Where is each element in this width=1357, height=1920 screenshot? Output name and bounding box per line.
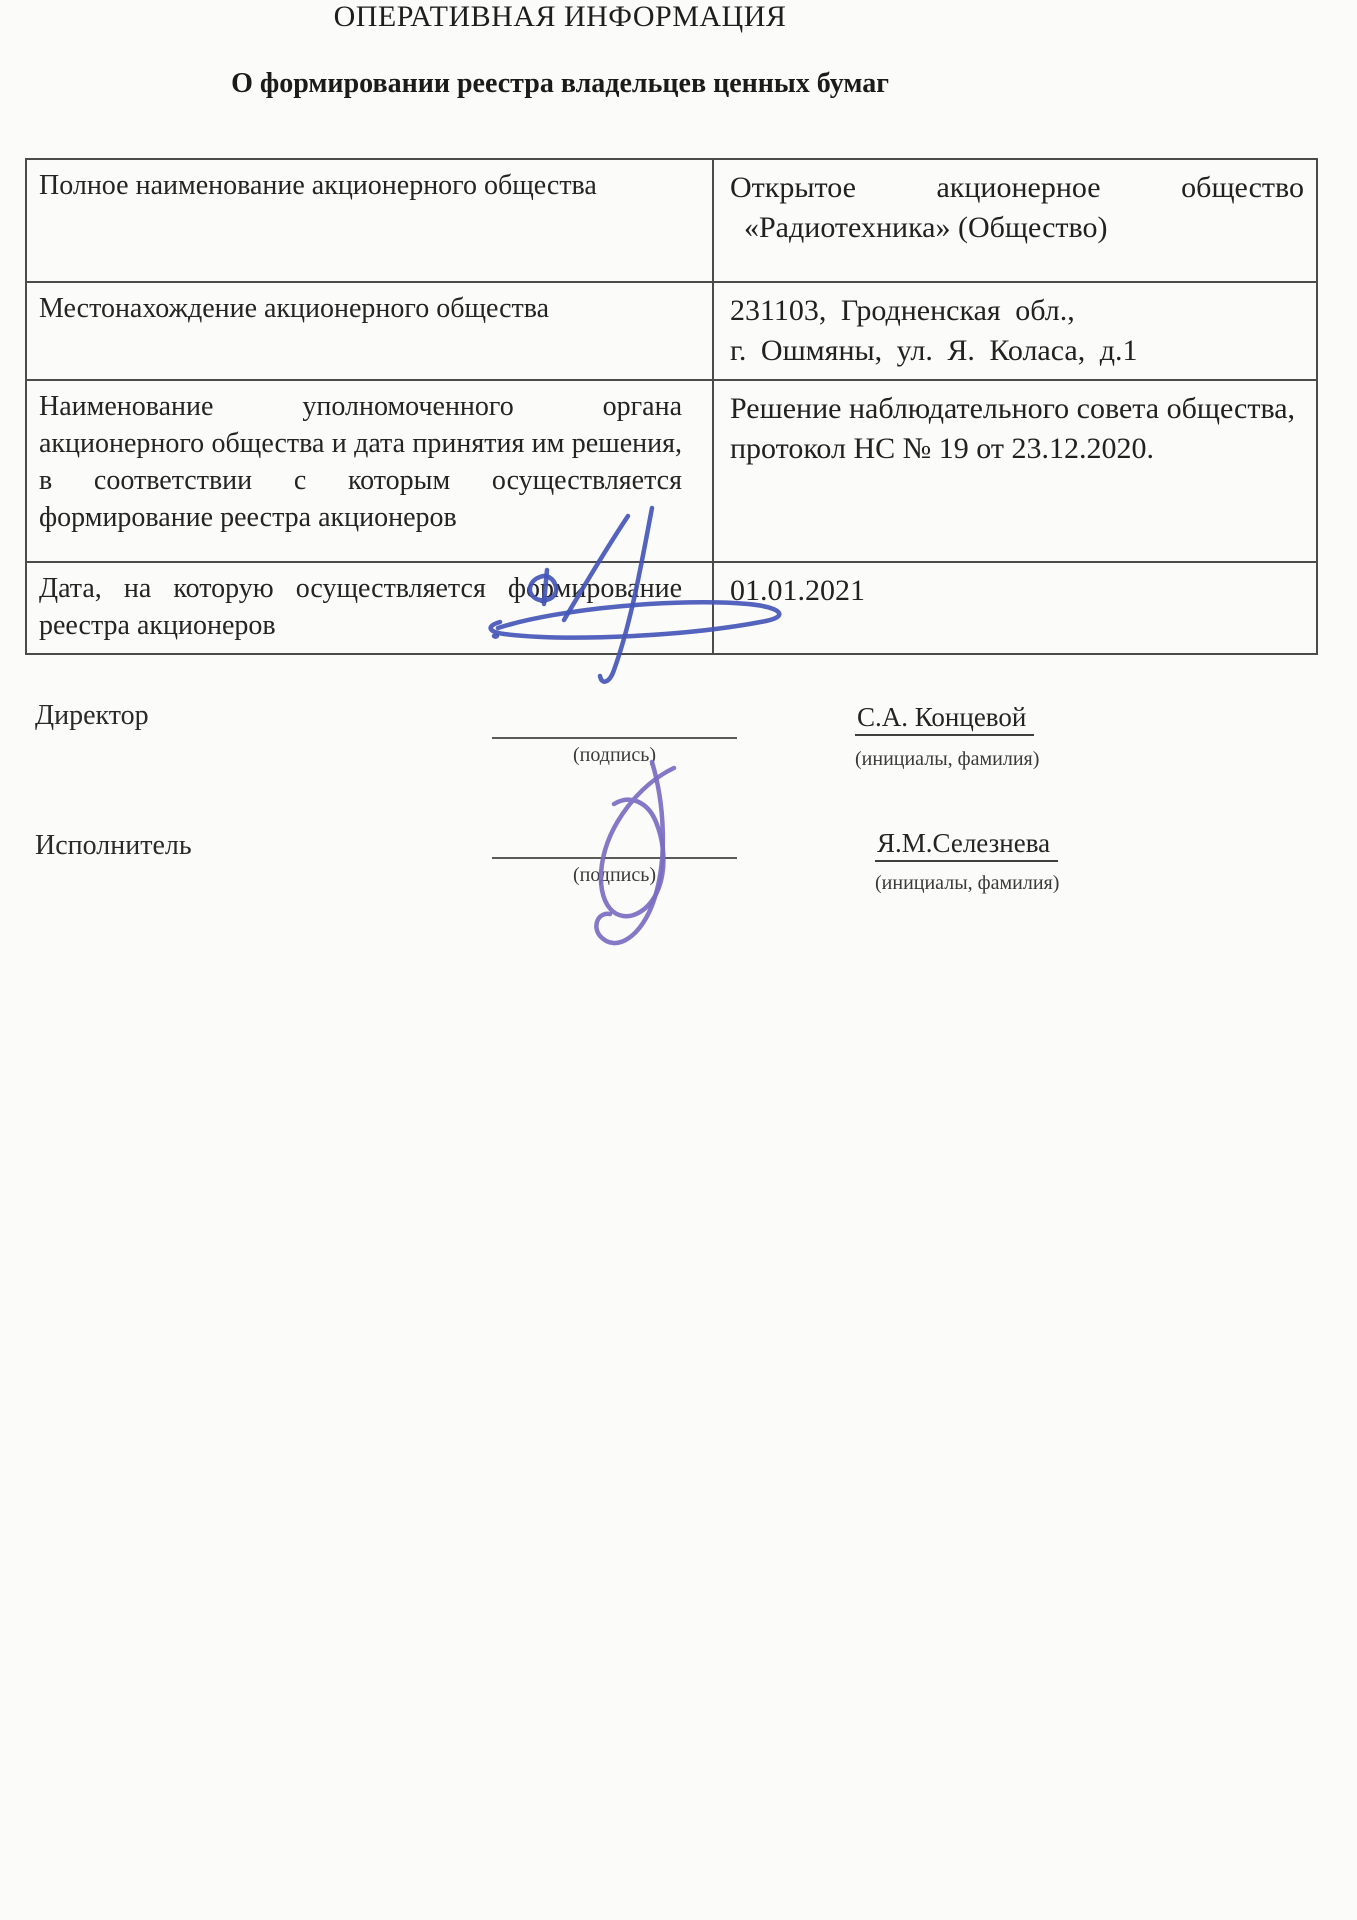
signature-role-director: Директор [35, 700, 149, 732]
signature-name-executor: Я.М.Селезнева [875, 828, 1058, 862]
document-title: ОПЕРАТИВНАЯ ИНФОРМАЦИЯ [0, 0, 1120, 34]
company-name-line2: «Радиотехника» (Общество) [730, 208, 1304, 248]
table-row: Дата, на которую осуществляется формиров… [26, 562, 1317, 654]
row-label-authorized-body: Наименование уполномоченного органа акци… [26, 380, 713, 562]
document-subtitle: О формировании реестра владельцев ценных… [0, 68, 1120, 100]
document-headings: ОПЕРАТИВНАЯ ИНФОРМАЦИЯ О формировании ре… [0, 0, 1120, 100]
row-value-full-name: Открытое акционерное общество «Радиотехн… [713, 159, 1317, 282]
signature-name-director: С.А. Концевой [855, 702, 1034, 736]
table-row: Полное наименование акционерного обществ… [26, 159, 1317, 282]
signature-caption-director: (подпись) [492, 744, 737, 767]
row-value-location: 231103, Гродненская обл., г. Ошмяны, ул.… [713, 282, 1317, 380]
name-caption-executor: (инициалы, фамилия) [875, 872, 1135, 895]
table-row: Наименование уполномоченного органа акци… [26, 380, 1317, 562]
signature-line-director [492, 700, 737, 739]
table-row: Местонахождение акционерного общества 23… [26, 282, 1317, 380]
signature-line-executor [492, 820, 737, 859]
scanned-document-page: ОПЕРАТИВНАЯ ИНФОРМАЦИЯ О формировании ре… [0, 0, 1357, 1920]
address-line1: 231103, Гродненская обл., [730, 291, 1304, 331]
row-label-location: Местонахождение акционерного общества [26, 282, 713, 380]
name-caption-director: (инициалы, фамилия) [855, 748, 1115, 771]
signature-caption-executor: (подпись) [492, 864, 737, 887]
row-value-register-date: 01.01.2021 [713, 562, 1317, 654]
row-value-authorized-body: Решение наблюдательного совета общества,… [713, 380, 1317, 562]
info-table: Полное наименование акционерного обществ… [25, 158, 1318, 655]
row-label-register-date: Дата, на которую осуществляется формиров… [26, 562, 713, 654]
row-label-full-name: Полное наименование акционерного обществ… [26, 159, 713, 282]
company-name-line1: Открытое акционерное общество [730, 168, 1304, 208]
address-line2: г. Ошмяны, ул. Я. Коласа, д.1 [730, 331, 1304, 371]
signature-role-executor: Исполнитель [35, 830, 192, 862]
